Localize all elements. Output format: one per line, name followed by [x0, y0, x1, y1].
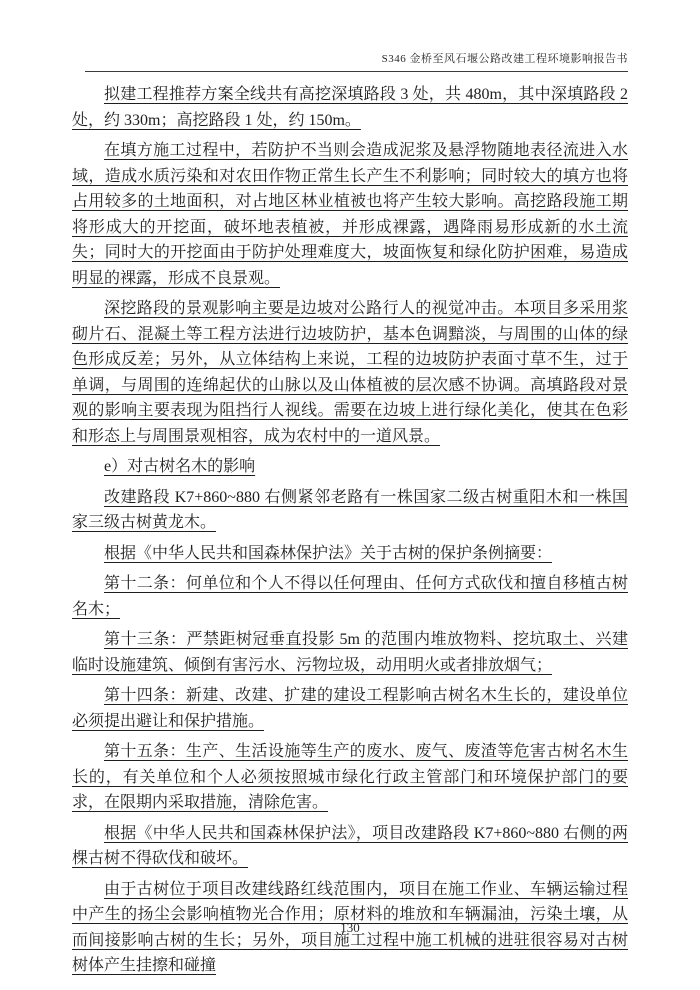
paragraph-forest-law-conclusion: 根据《中华人民共和国森林保护法》，项目改建路段 K7+860~880 右侧的两棵…	[72, 821, 628, 872]
paragraph-article-13: 第十三条：严禁距树冠垂直投影 5m 的范围内堆放物料、挖坑取土、兴建临时设施建筑…	[72, 627, 628, 678]
page-header: S346 金桥至风石堰公路改建工程环境影响报告书	[0, 0, 700, 72]
page-number: 130	[340, 920, 360, 935]
page-footer: 130	[0, 920, 700, 936]
paragraph-article-15: 第十五条：生产、生活设施等生产的废水、废气、废渣等危害古树名木生长的，有关单位和…	[72, 739, 628, 816]
paragraph-article-14: 第十四条：新建、改建、扩建的建设工程影响古树名木生长的，建设单位必须提出避让和保…	[72, 683, 628, 734]
header-title: S346 金桥至风石堰公路改建工程环境影响报告书	[72, 50, 628, 66]
paragraph-landscape-impact: 深挖路段的景观影响主要是边坡对公路行人的视觉冲击。本项目多采用浆砌片石、混凝土等…	[72, 296, 628, 449]
document-page: S346 金桥至风石堰公路改建工程环境影响报告书 拟建工程推荐方案全线共有高挖深…	[0, 0, 700, 990]
paragraph-fill-construction-impact: 在填方施工过程中，若防护不当则会造成泥浆及悬浮物随地表径流进入水域，造成水质污染…	[72, 138, 628, 291]
paragraph-cut-fill-summary: 拟建工程推荐方案全线共有高挖深填路段 3 处，共 480m，其中深填路段 2 处…	[72, 82, 628, 133]
paragraph-forest-law-intro: 根据《中华人民共和国森林保护法》关于古树的保护条例摘要：	[72, 541, 628, 567]
heading-ancient-trees-impact: e）对古树名木的影响	[72, 454, 628, 480]
document-body: 拟建工程推荐方案全线共有高挖深填路段 3 处，共 480m，其中深填路段 2 处…	[0, 72, 700, 979]
paragraph-tree-location: 改建路段 K7+860~880 右侧紧邻老路有一株国家二级古树重阳木和一株国家三…	[72, 485, 628, 536]
paragraph-article-12: 第十二条：何单位和个人不得以任何理由、任何方式砍伐和擅自移植古树名木；	[72, 571, 628, 622]
